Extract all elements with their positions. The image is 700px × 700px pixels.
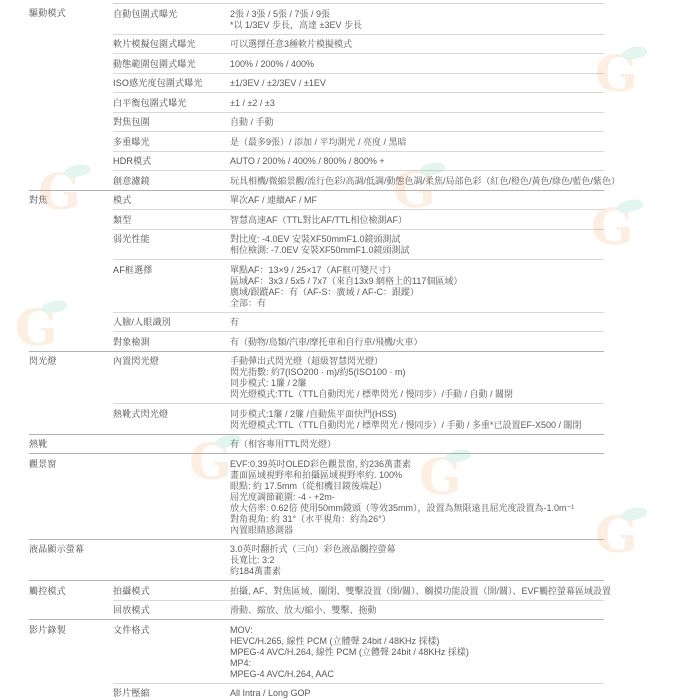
spec-value-line: *以 1/3EV 步長，高達 ±3EV 步長	[230, 20, 602, 31]
spec-label: ISO感光度包圍式曝光	[113, 73, 230, 93]
category-label	[29, 331, 113, 351]
spec-label: 弱光性能	[113, 229, 230, 260]
spec-row: 觸控模式拍攝模式拍攝, AF、對焦區域、關閉、雙擊設置（開/關）、觸摸功能設置（…	[29, 581, 604, 600]
spec-label: 創意濾鏡	[113, 170, 230, 190]
spec-value: 單點AF：13×9 / 25×17（AF框可變尺寸）區域AF：3x3 / 5x5…	[230, 259, 604, 312]
spec-value: All Intra / Long GOP	[230, 683, 604, 700]
spec-section: 觀景窗EVF:0.39英吋OLED彩色觀景窗, 約236萬畫素畫面區域視野率和拍…	[29, 453, 604, 539]
spec-label: 對象檢測	[113, 331, 230, 351]
category-label: 驅動模式	[29, 3, 113, 34]
category-label	[29, 600, 113, 620]
spec-label: 影片壓縮	[113, 683, 230, 700]
spec-value-line: 同步模式:1簾 / 2簾 /自動焦平面快門(HSS)	[230, 409, 602, 420]
category-label	[29, 312, 113, 332]
spec-value: EVF:0.39英吋OLED彩色觀景窗, 約236萬畫素畫面區域視野率和拍攝區域…	[230, 454, 604, 539]
spec-section: 對焦模式單次AF / 連續AF / MF類型智慧高速AF（TTL對比AF/TTL…	[29, 190, 604, 351]
spec-value: 自動 / 手動	[230, 112, 604, 132]
spec-value-line: MPEG-4 AVC/H.264, AAC	[230, 669, 602, 680]
spec-row: 熱靴式閃光燈同步模式:1簾 / 2簾 /自動焦平面快門(HSS)閃光燈模式:TT…	[29, 403, 604, 434]
category-label	[29, 229, 113, 260]
spec-value-line: 2張 / 3張 / 5張 / 7張 / 9張	[230, 9, 602, 20]
spec-value: 有（動物/鳥類/汽車/摩托車和自行車/飛機/火車）	[230, 331, 604, 351]
spec-row: 類型智慧高速AF（TTL對比AF/TTL相位檢測AF）	[29, 209, 604, 229]
spec-value-line: 長寬比: 3:2	[230, 555, 602, 566]
spec-row: 觀景窗EVF:0.39英吋OLED彩色觀景窗, 約236萬畫素畫面區域視野率和拍…	[29, 454, 604, 539]
spec-label: 自動包圍式曝光	[113, 3, 230, 34]
spec-row: 影片壓縮All Intra / Long GOP	[29, 683, 604, 700]
spec-value-line: 滑動、縮放、放大/縮小、雙擊、拖動	[230, 605, 602, 616]
spec-value: 智慧高速AF（TTL對比AF/TTL相位檢測AF）	[230, 209, 604, 229]
category-label: 對焦	[29, 191, 113, 210]
category-label	[29, 170, 113, 190]
spec-section: 閃光燈內置閃光燈手動彈出式閃光燈（超級智慧閃光燈）閃光指數: 約7(ISO200…	[29, 351, 604, 434]
spec-row: HDR模式AUTO / 200% / 400% / 800% / 800% +	[29, 151, 604, 171]
spec-value-line: AUTO / 200% / 400% / 800% / 800% +	[230, 156, 602, 167]
spec-value-line: ±1/3EV / ±2/3EV / ±1EV	[230, 78, 602, 89]
spec-value: ±1 / ±2 / ±3	[230, 92, 604, 112]
category-label	[29, 53, 113, 73]
spec-value: ±1/3EV / ±2/3EV / ±1EV	[230, 73, 604, 93]
category-label: 液晶顯示螢幕	[29, 540, 113, 581]
spec-value: 拍攝, AF、對焦區域、關閉、雙擊設置（開/關）、觸摸功能設置（開/關）、EVF…	[230, 581, 604, 600]
spec-value: 同步模式:1簾 / 2簾 /自動焦平面快門(HSS)閃光燈模式:TTL（TTL自…	[230, 403, 604, 434]
spec-value-line: 對比度: -4.0EV 安裝XF50mmF1.0鏡頭測試	[230, 234, 602, 245]
spec-value: 是（最多9張）/ 添加 / 平均測光 / 亮度 / 黑暗	[230, 131, 604, 151]
spec-page: 驅動模式自動包圍式曝光2張 / 3張 / 5張 / 7張 / 9張*以 1/3E…	[0, 0, 700, 700]
spec-value-line: HEVC/H.265, 線性 PCM (立體聲 24bit / 48KHz 採樣…	[230, 636, 602, 647]
category-label	[29, 151, 113, 171]
spec-value-line: 玩具相機/微縮景觀/流行色彩/高調/低調/動態色調/柔焦/局部色彩（紅色/橙色/…	[230, 176, 602, 187]
spec-value: AUTO / 200% / 400% / 800% / 800% +	[230, 151, 604, 171]
spec-value-line: 全部：有	[230, 298, 602, 309]
spec-row: 回放模式滑動、縮放、放大/縮小、雙擊、拖動	[29, 600, 604, 620]
spec-value-line: 智慧高速AF（TTL對比AF/TTL相位檢測AF）	[230, 215, 602, 226]
spec-label	[113, 435, 230, 454]
spec-label: 多重曝光	[113, 131, 230, 151]
spec-value: 有	[230, 312, 604, 332]
spec-row: 對焦模式單次AF / 連續AF / MF	[29, 191, 604, 210]
spec-value: 可以選擇任意3種軟片模擬模式	[230, 34, 604, 54]
spec-label: 類型	[113, 209, 230, 229]
spec-row: 動態範圍包圍式曝光100% / 200% / 400%	[29, 53, 604, 73]
spec-row: 對象檢測有（動物/鳥類/汽車/摩托車和自行車/飛機/火車）	[29, 331, 604, 351]
category-label: 觀景窗	[29, 454, 113, 539]
spec-value-line: 單次AF / 連續AF / MF	[230, 195, 602, 206]
spec-value-line: 有（相容專用TTL閃光燈）	[230, 439, 602, 450]
spec-label: AF框選擇	[113, 259, 230, 312]
spec-value-line: 同步模式: 1簾 / 2簾	[230, 378, 602, 389]
spec-value-line: 自動 / 手動	[230, 117, 602, 128]
spec-value-line: 相位檢測: -7.0EV 安裝XF50mmF1.0鏡頭測試	[230, 245, 602, 256]
spec-label: 對焦包圍	[113, 112, 230, 132]
spec-label: 熱靴式閃光燈	[113, 403, 230, 434]
spec-label: 軟片模擬包圍式曝光	[113, 34, 230, 54]
spec-value: 有（相容專用TTL閃光燈）	[230, 435, 604, 454]
spec-value-line: 閃光指數: 約7(ISO200 · m)/約5(ISO100 · m)	[230, 367, 602, 378]
spec-row: 閃光燈內置閃光燈手動彈出式閃光燈（超級智慧閃光燈）閃光指數: 約7(ISO200…	[29, 352, 604, 404]
spec-value: 滑動、縮放、放大/縮小、雙擊、拖動	[230, 600, 604, 620]
spec-section: 液晶顯示螢幕3.0英吋翻折式（三向）彩色液晶觸控螢幕長寬比: 3:2約184萬畫…	[29, 539, 604, 581]
spec-row: 多重曝光是（最多9張）/ 添加 / 平均測光 / 亮度 / 黑暗	[29, 131, 604, 151]
watermark-leaf-icon	[620, 504, 648, 523]
spec-label	[113, 454, 230, 539]
category-label: 熱靴	[29, 435, 113, 454]
spec-label: HDR模式	[113, 151, 230, 171]
spec-row: AF框選擇單點AF：13×9 / 25×17（AF框可變尺寸）區域AF：3x3 …	[29, 259, 604, 312]
spec-value: 玩具相機/微縮景觀/流行色彩/高調/低調/動態色調/柔焦/局部色彩（紅色/橙色/…	[230, 170, 604, 190]
spec-label: 模式	[113, 191, 230, 210]
spec-value: 對比度: -4.0EV 安裝XF50mmF1.0鏡頭測試相位檢測: -7.0EV…	[230, 229, 604, 260]
spec-value-line: 對角視角: 約 31°（水平視角：約為26°）	[230, 514, 602, 525]
spec-label: 文件格式	[113, 620, 230, 683]
spec-row: 影片錄製文件格式MOV:HEVC/H.265, 線性 PCM (立體聲 24bi…	[29, 620, 604, 683]
spec-row: 驅動模式自動包圍式曝光2張 / 3張 / 5張 / 7張 / 9張*以 1/3E…	[29, 3, 604, 34]
category-label	[29, 403, 113, 434]
spec-row: 創意濾鏡玩具相機/微縮景觀/流行色彩/高調/低調/動態色調/柔焦/局部色彩（紅色…	[29, 170, 604, 190]
category-label	[29, 683, 113, 700]
spec-value-line: 內置眼睛感測器	[230, 525, 602, 536]
category-label	[29, 259, 113, 312]
spec-value-line: All Intra / Long GOP	[230, 688, 602, 699]
spec-row: 弱光性能對比度: -4.0EV 安裝XF50mmF1.0鏡頭測試相位檢測: -7…	[29, 229, 604, 260]
spec-value-line: ±1 / ±2 / ±3	[230, 98, 602, 109]
category-label: 觸控模式	[29, 581, 113, 600]
spec-value-line: 約184萬畫素	[230, 566, 602, 577]
spec-section: 驅動模式自動包圍式曝光2張 / 3張 / 5張 / 7張 / 9張*以 1/3E…	[29, 3, 604, 190]
spec-value-line: 放大倍率: 0.62倍 使用50mm鏡頭（等效35mm），設置為無限遠且屈光度設…	[230, 503, 602, 514]
spec-value-line: MOV:	[230, 625, 602, 636]
spec-label: 內置閃光燈	[113, 352, 230, 404]
spec-section: 影片錄製文件格式MOV:HEVC/H.265, 線性 PCM (立體聲 24bi…	[29, 619, 604, 700]
spec-value-line: 屈光度調節範圍: -4 - +2m-	[230, 492, 602, 503]
spec-value: 單次AF / 連續AF / MF	[230, 191, 604, 210]
spec-value-line: 眼點: 約 17.5mm（從相機目鏡後端起）	[230, 481, 602, 492]
spec-value-line: 可以選擇任意3種軟片模擬模式	[230, 39, 602, 50]
spec-row: 人臉/人眼識別有	[29, 312, 604, 332]
spec-value-line: 有（動物/鳥類/汽車/摩托車和自行車/飛機/火車）	[230, 337, 602, 348]
category-label	[29, 209, 113, 229]
category-label: 閃光燈	[29, 352, 113, 404]
spec-label: 拍攝模式	[113, 581, 230, 600]
spec-section: 觸控模式拍攝模式拍攝, AF、對焦區域、關閉、雙擊設置（開/關）、觸摸功能設置（…	[29, 580, 604, 619]
spec-value-line: 區域AF：3x3 / 5x5 / 7x7（來自13x9 網格上的117個區域）	[230, 276, 602, 287]
spec-value-line: 閃光燈模式:TTL（TTL自動閃光 / 標準閃光 / 慢同步）/手動 / 自動 …	[230, 389, 602, 400]
spec-value-line: 是（最多9張）/ 添加 / 平均測光 / 亮度 / 黑暗	[230, 137, 602, 148]
spec-value-line: 100% / 200% / 400%	[230, 59, 602, 70]
spec-value-line: 單點AF：13×9 / 25×17（AF框可變尺寸）	[230, 265, 602, 276]
category-label	[29, 73, 113, 93]
spec-row: 白平衡包圍式曝光±1 / ±2 / ±3	[29, 92, 604, 112]
watermark-leaf-icon	[620, 43, 648, 62]
spec-label: 動態範圍包圍式曝光	[113, 53, 230, 73]
watermark-leaf-icon	[616, 196, 644, 215]
spec-label	[113, 540, 230, 581]
spec-value-line: 手動彈出式閃光燈（超級智慧閃光燈）	[230, 356, 602, 367]
spec-row: 對焦包圍自動 / 手動	[29, 112, 604, 132]
spec-row: 軟片模擬包圍式曝光可以選擇任意3種軟片模擬模式	[29, 34, 604, 54]
spec-value-line: 有	[230, 317, 602, 328]
spec-value-line: 廣域/跟蹤AF：有（AF-S：廣域 / AF-C：跟蹤）	[230, 287, 602, 298]
spec-section: 熱靴有（相容專用TTL閃光燈）	[29, 434, 604, 454]
spec-value: 3.0英吋翻折式（三向）彩色液晶觸控螢幕長寬比: 3:2約184萬畫素	[230, 540, 604, 581]
spec-row: ISO感光度包圍式曝光±1/3EV / ±2/3EV / ±1EV	[29, 73, 604, 93]
spec-value: 100% / 200% / 400%	[230, 53, 604, 73]
spec-label: 人臉/人眼識別	[113, 312, 230, 332]
spec-table: 驅動模式自動包圍式曝光2張 / 3張 / 5張 / 7張 / 9張*以 1/3E…	[29, 3, 604, 700]
category-label	[29, 92, 113, 112]
spec-value-line: 閃光燈模式:TTL（TTL自動閃光 / 標準閃光 / 慢同步）/ 手動 / 多重…	[230, 420, 602, 431]
spec-value-line: MP4:	[230, 658, 602, 669]
spec-value: 2張 / 3張 / 5張 / 7張 / 9張*以 1/3EV 步長，高達 ±3E…	[230, 3, 604, 34]
spec-row: 熱靴有（相容專用TTL閃光燈）	[29, 435, 604, 454]
spec-value-line: MPEG-4 AVC/H.264, 線性 PCM (立體聲 24bit / 48…	[230, 647, 602, 658]
spec-value-line: EVF:0.39英吋OLED彩色觀景窗, 約236萬畫素	[230, 459, 602, 470]
category-label: 影片錄製	[29, 620, 113, 683]
spec-value: 手動彈出式閃光燈（超級智慧閃光燈）閃光指數: 約7(ISO200 · m)/約5…	[230, 352, 604, 404]
spec-value: MOV:HEVC/H.265, 線性 PCM (立體聲 24bit / 48KH…	[230, 620, 604, 683]
category-label	[29, 131, 113, 151]
spec-value-line: 畫面區域視野率和拍攝區域視野率約. 100%	[230, 470, 602, 481]
spec-row: 液晶顯示螢幕3.0英吋翻折式（三向）彩色液晶觸控螢幕長寬比: 3:2約184萬畫…	[29, 540, 604, 581]
spec-label: 白平衡包圍式曝光	[113, 92, 230, 112]
spec-label: 回放模式	[113, 600, 230, 620]
spec-value-line: 拍攝, AF、對焦區域、關閉、雙擊設置（開/關）、觸摸功能設置（開/關）、EVF…	[230, 586, 602, 597]
category-label	[29, 34, 113, 54]
category-label	[29, 112, 113, 132]
spec-value-line: 3.0英吋翻折式（三向）彩色液晶觸控螢幕	[230, 544, 602, 555]
